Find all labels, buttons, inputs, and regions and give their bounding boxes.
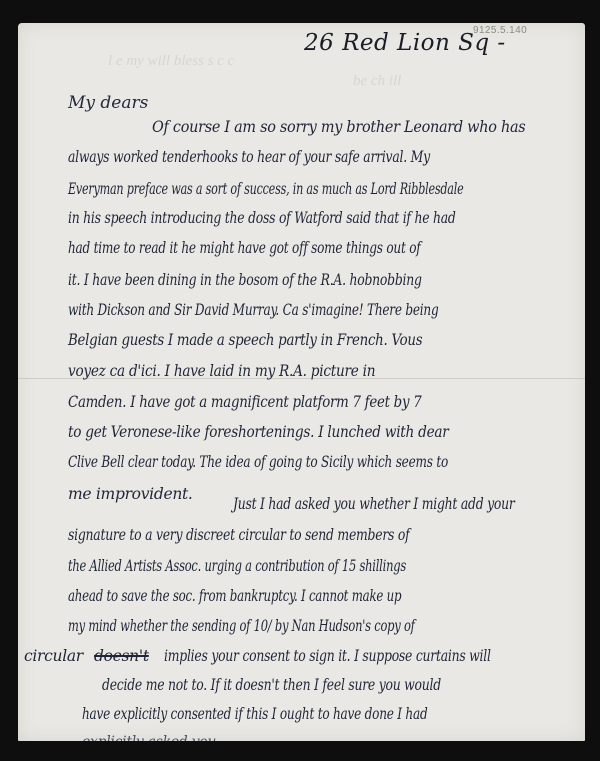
letter-line: me improvident. <box>68 487 193 503</box>
letter-page: l e my will bless s c c be ch ill 9125.5… <box>18 23 585 741</box>
document-viewer: l e my will bless s c c be ch ill 9125.5… <box>0 0 600 761</box>
letter-line: explicitly asked you. <box>82 735 220 741</box>
letter-line: voyez ca d'ici. I have laid in my R.A. p… <box>68 364 375 380</box>
letter-salutation: My dears <box>68 95 148 112</box>
letter-line: the Allied Artists Assoc. urging a contr… <box>68 559 406 575</box>
letter-line: with Dickson and Sir David Murray. Ca s'… <box>68 303 439 319</box>
letter-line: had time to read it he might have got of… <box>68 241 421 257</box>
letter-line: Of course I am so sorry my brother Leona… <box>152 120 525 136</box>
letter-line: ahead to save the soc. from bankruptcy. … <box>68 589 401 605</box>
letter-struck-word: doesn't <box>94 649 149 665</box>
letter-line: have explicitly consented if this I ough… <box>82 707 427 723</box>
letter-line: always worked tenderhooks to hear of you… <box>68 150 430 166</box>
letter-line: Camden. I have got a magnificent platfor… <box>68 395 421 411</box>
bleed-through-text: l e my will bless s c c <box>108 53 234 70</box>
bleed-through-text: be ch ill <box>353 73 401 90</box>
letter-line: in his speech introducing the doss of Wa… <box>68 211 456 227</box>
letter-line: implies your consent to sign it. I suppo… <box>164 649 491 665</box>
letter-margin-word: circular <box>24 649 83 665</box>
letter-line: Clive Bell clear today. The idea of goin… <box>68 455 448 471</box>
letter-line: Just I had asked you whether I might add… <box>233 497 515 513</box>
letter-line: signature to a very discreet circular to… <box>68 528 409 544</box>
letter-line: it. I have been dining in the bosom of t… <box>68 273 422 289</box>
letter-line: to get Veronese-like foreshortenings. I … <box>68 425 449 441</box>
letter-line: decide me not to. If it doesn't then I f… <box>102 678 441 694</box>
letter-line: my mind whether the sending of 10/ by Na… <box>68 619 415 635</box>
letter-line: Everyman preface was a sort of success, … <box>68 182 463 198</box>
letter-line: Belgian guests I made a speech partly in… <box>68 333 422 349</box>
letter-address: 26 Red Lion Sq - <box>304 32 506 55</box>
